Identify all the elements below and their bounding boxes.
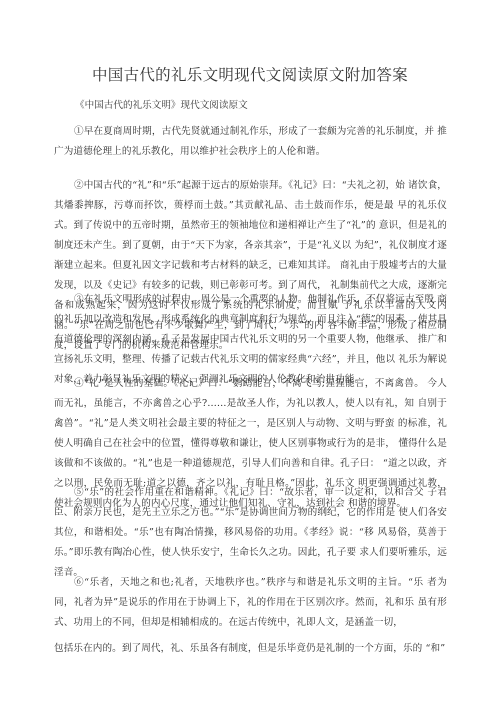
paragraph-7: 包括乐在内的。到了周代，礼、乐虽各有制度，但是乐毕竟仍是礼制的一个方面，乐的 “… <box>54 639 447 659</box>
page-title: 中国古代的礼乐文明现代文阅读原文附加答案 <box>0 63 500 85</box>
paragraph-5: ⑤“乐”的社会作用重在和谐精神。《礼记》曰：“故乐者，审一以定和，以和合父 子君… <box>54 483 447 583</box>
document-subtitle: 《中国古代的礼乐文明》现代文阅读原文 <box>75 97 248 111</box>
document-page: 中国古代的礼乐文明现代文阅读原文附加答案 《中国古代的礼乐文明》现代文阅读原文 … <box>0 0 500 707</box>
paragraph-6: ⑥“乐者，天地之和也;礼者，天地秩序也。”秩序与和谐是礼乐文明的主旨。“乐 者为… <box>54 573 447 633</box>
paragraph-1: ①早在夏商周时期，古代先贤就通过制礼作乐，形成了一套颇为完善的礼乐制度，并 推广… <box>54 122 447 162</box>
